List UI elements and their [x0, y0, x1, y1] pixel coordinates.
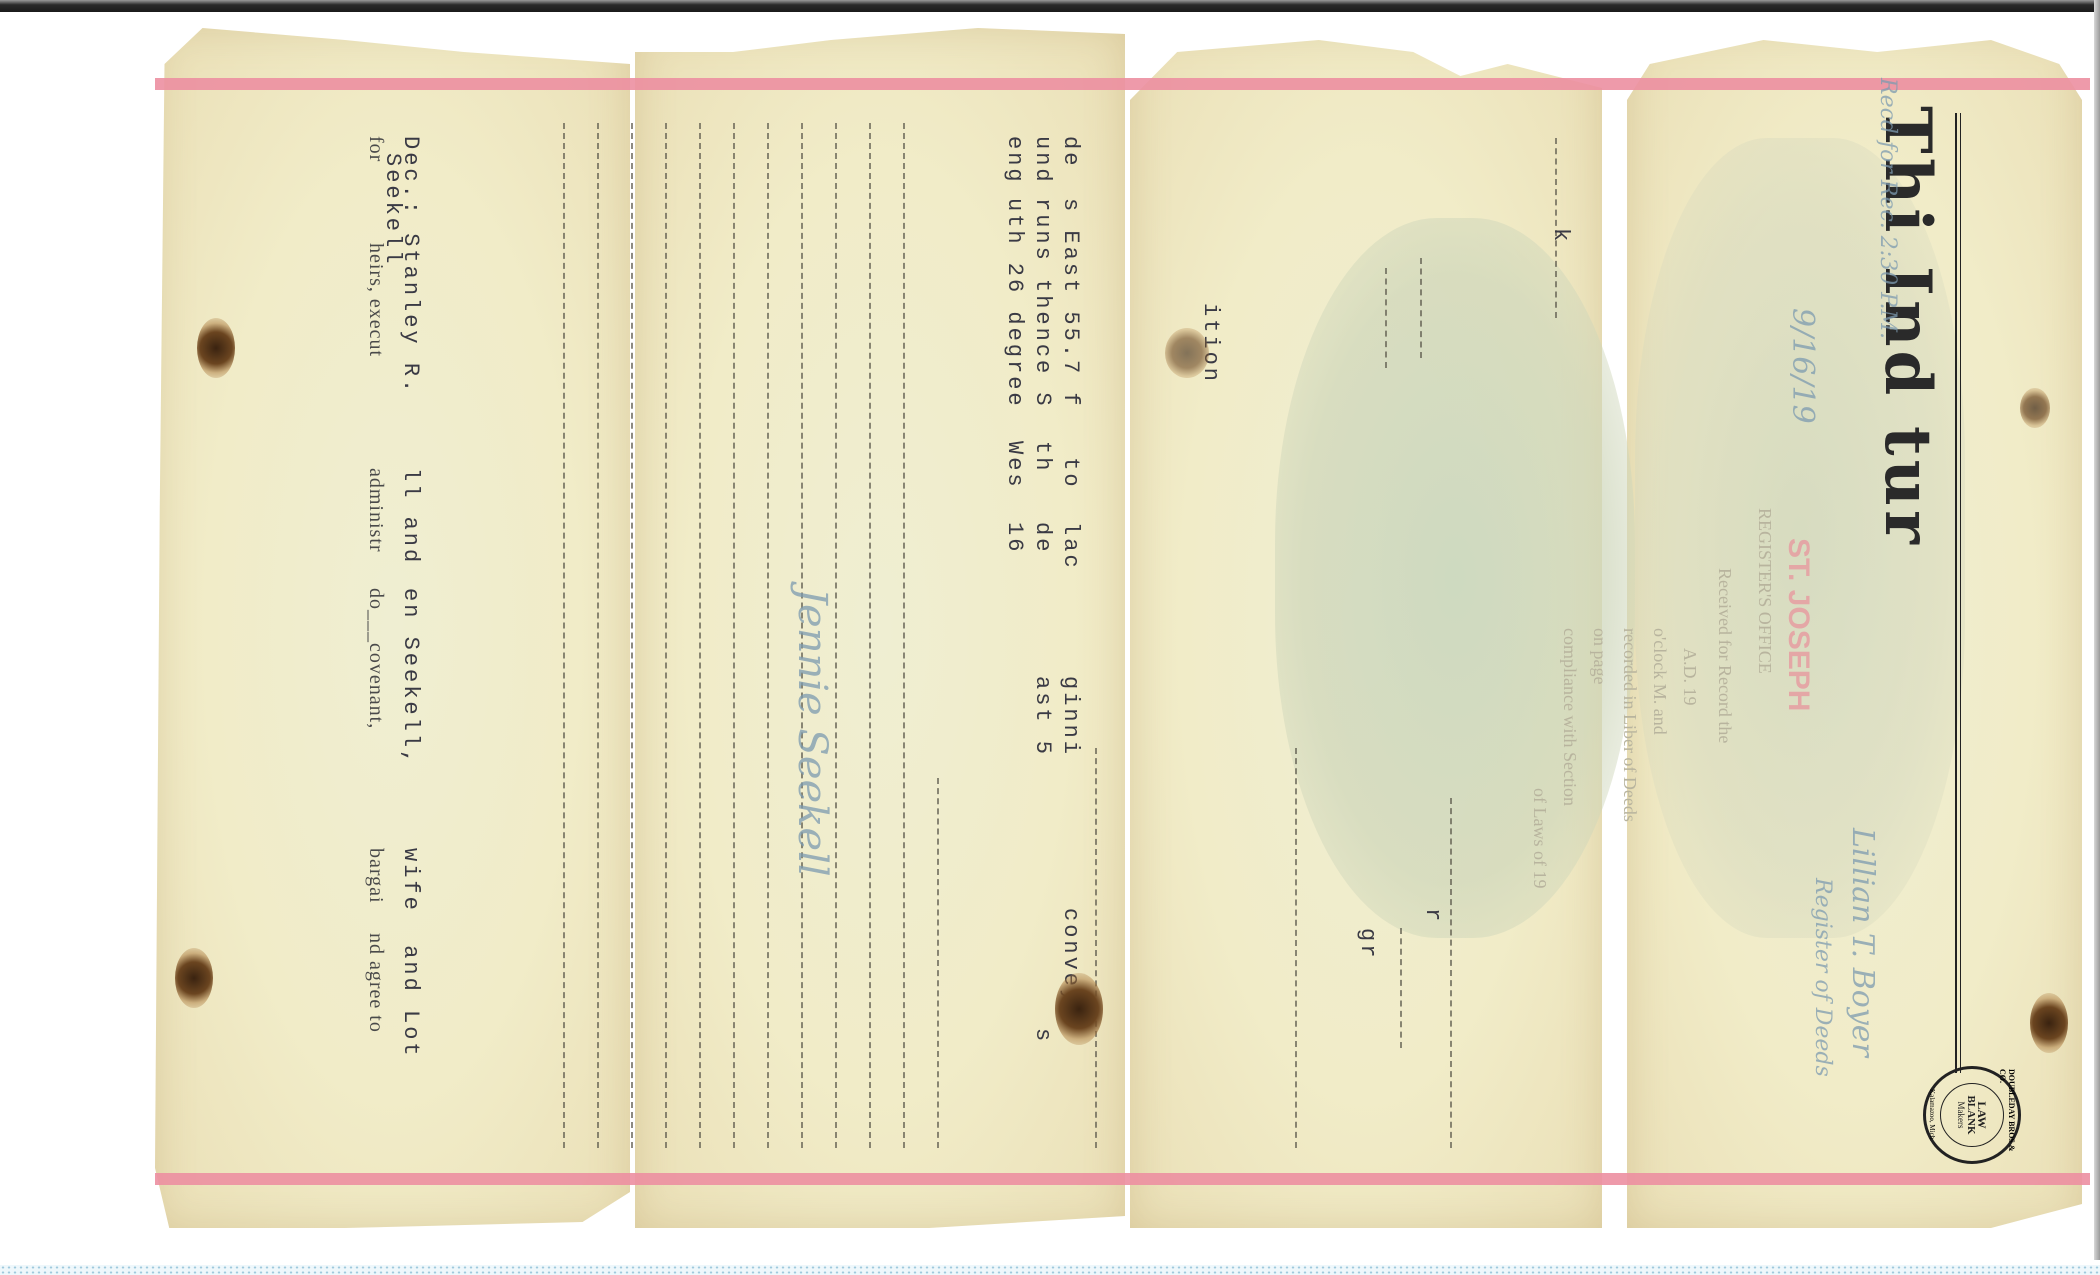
typed-k-mark: k [1548, 228, 1573, 244]
typed-prefix: eng [1002, 136, 1027, 185]
stamp-blank: BLANK [1965, 1095, 1976, 1134]
showthrough-line: A.D. 19 [1679, 648, 1700, 706]
burn-hole [1055, 973, 1103, 1045]
printed-covenant: do___covenant, [364, 588, 387, 729]
typed-legal-description-2: runs thence S th de [1030, 198, 1055, 554]
printed-bargai: bargai [364, 848, 387, 904]
stamp-makers: Makers [1956, 1102, 1965, 1129]
form-line [631, 123, 633, 1148]
form-line [1420, 258, 1422, 358]
doubleday-bros-printer-stamp: DOUBLEDAY BROS & CO. LAW BLANK Makers Ka… [1923, 1066, 2021, 1164]
water-stain [1275, 218, 1635, 938]
burn-stain [1165, 328, 1209, 378]
form-line [1095, 748, 1097, 1148]
printed-agree-to: nd agree to [364, 933, 387, 1033]
register-red-stamp: ST. JOSEPH [1781, 538, 1815, 711]
form-line [665, 123, 667, 1148]
burn-hole [175, 948, 213, 1008]
showthrough-line: REGISTER'S OFFICE [1754, 508, 1775, 674]
form-line [1450, 798, 1452, 1148]
deed-document: Thi Ind tur Recd for Rec. 2:30 P.M. 9/16… [155, 28, 2090, 1228]
form-line [767, 123, 769, 1148]
typed-legal-cont-1: ginni [1058, 676, 1083, 757]
scanner-right-edge [2094, 0, 2100, 1260]
scanner-bottom-band [0, 1265, 2100, 1275]
burn-hole [197, 318, 235, 378]
stamp-law: LAW [1976, 1101, 1988, 1128]
handwritten-name-script: Jennie Seekell [789, 588, 835, 877]
scanner-top-bar [0, 0, 2100, 12]
typed-prefix: und [1030, 136, 1055, 185]
stamp-ring-bottom: Kalamazoo, Mich. [1928, 1089, 1936, 1141]
printed-heirs-execut: heirs, execut [364, 243, 387, 357]
typed-convey-s: s [1030, 1028, 1055, 1044]
burn-stain [2020, 388, 2050, 428]
printed-for: for [364, 136, 387, 162]
form-line [733, 123, 735, 1148]
showthrough-line: recorded in Liber of Deeds [1619, 628, 1640, 822]
form-line [937, 778, 939, 1148]
form-line [1385, 268, 1387, 368]
typed-gr-mark: gr [1355, 928, 1380, 960]
form-line [903, 123, 905, 1148]
typed-prefix: de [1058, 136, 1083, 168]
burn-hole [2030, 993, 2068, 1053]
showthrough-line: compliance with Section [1559, 628, 1580, 806]
form-line [597, 123, 599, 1148]
handwritten-signature: Lillian T. Boyer [1845, 828, 1880, 1057]
typed-grantee: en Seekell, [398, 588, 423, 766]
form-line [1400, 928, 1402, 1048]
form-line [699, 123, 701, 1148]
showthrough-line: on page [1589, 628, 1610, 684]
form-line [869, 123, 871, 1148]
typed-legal-description-1: s East 55.7 f to lac [1058, 198, 1083, 571]
title-double-rule [1955, 113, 1961, 1073]
pink-margin-rule-bottom [155, 1173, 2090, 1185]
form-line [563, 123, 565, 1148]
typed-r-mark: r [1420, 908, 1445, 924]
handwritten-date: 9/16/19 [1785, 308, 1820, 424]
showthrough-line: of Laws of 19 [1529, 788, 1550, 888]
typed-wife-lot: wife and Lot [398, 848, 423, 1059]
printed-administr: administr [364, 468, 387, 553]
pink-margin-rule-top [155, 78, 2090, 90]
showthrough-line: Received for Record the [1714, 568, 1735, 743]
typed-grantor-cont: ll and [398, 468, 423, 565]
typed-legal-cont-2: ast 5 [1030, 676, 1055, 757]
form-line [1295, 748, 1297, 1148]
showthrough-line: o'clock M. and [1649, 628, 1670, 735]
handwritten-recording-note: Recd for Rec. 2:30 P.M. [1875, 78, 1900, 339]
stamp-ring-top: DOUBLEDAY BROS & CO. [1998, 1069, 2016, 1161]
typed-legal-description-3: uth 26 degree Wes 16 [1002, 198, 1027, 554]
title-word-indenture-b: tur [1870, 426, 1945, 548]
form-line [835, 123, 837, 1148]
handwritten-register-note: Register of Deeds [1810, 878, 1835, 1077]
